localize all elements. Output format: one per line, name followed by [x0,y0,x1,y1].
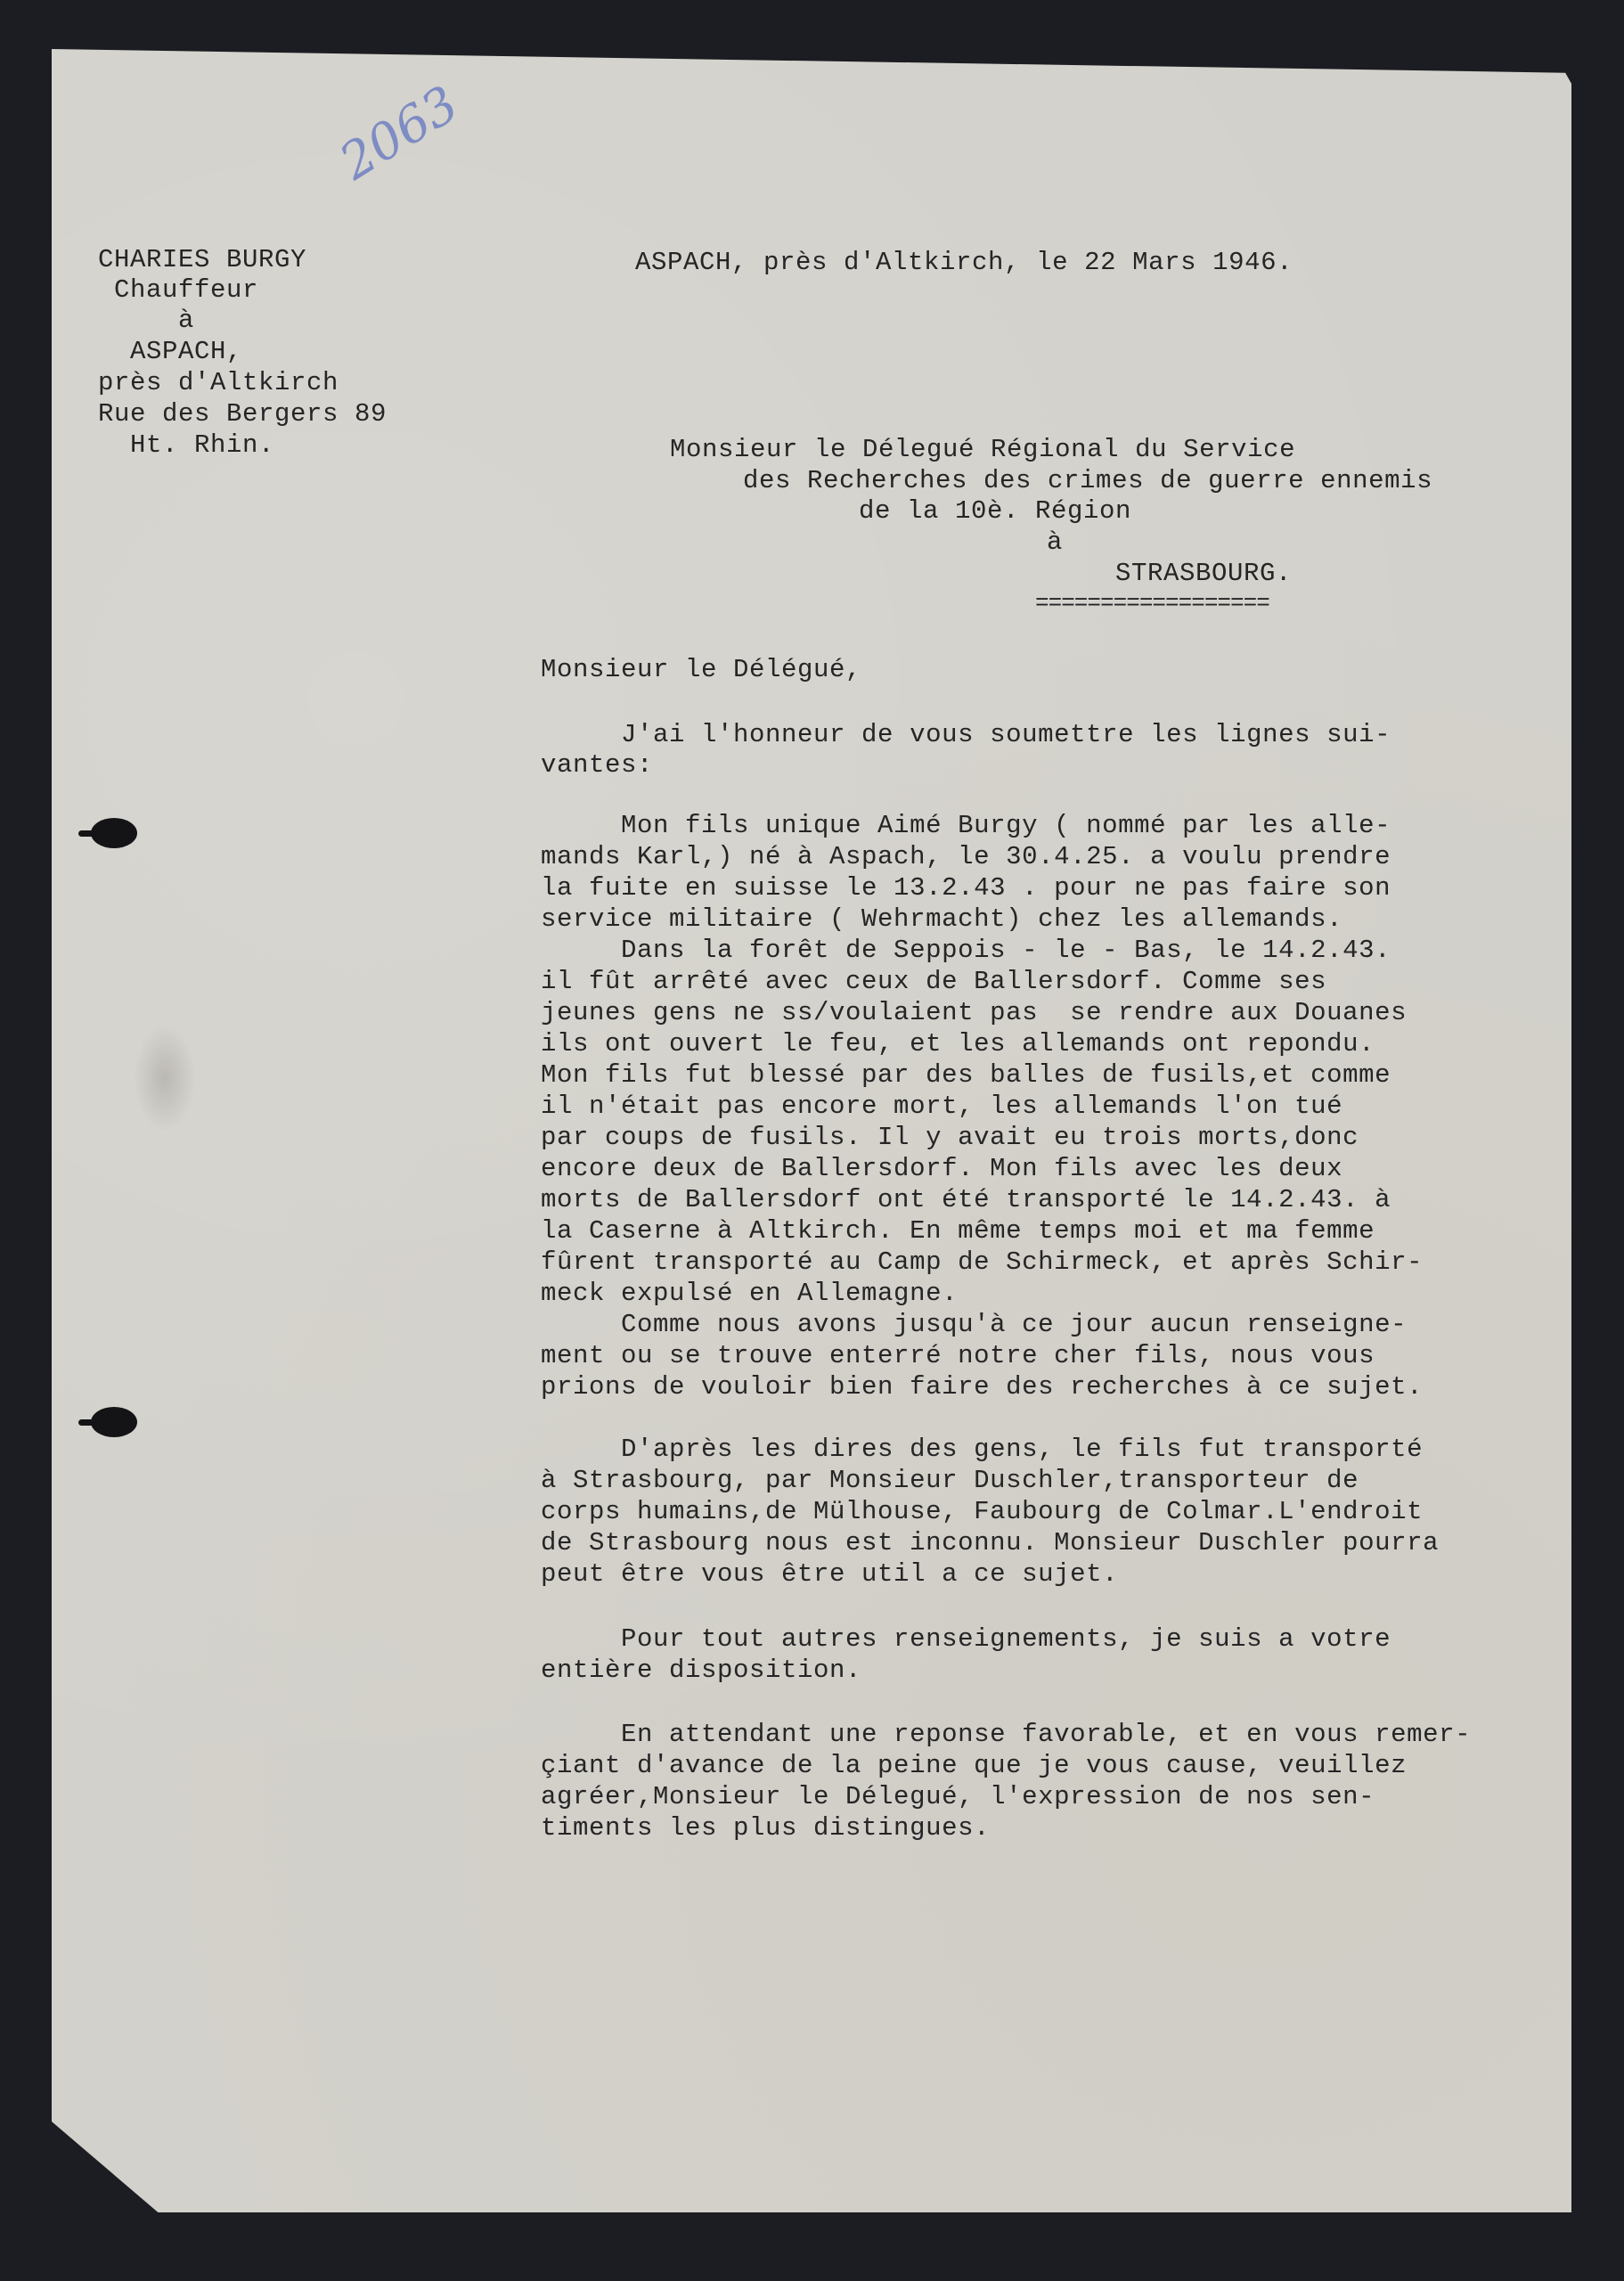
body-line: ment ou se trouve enterré notre cher fil… [541,1341,1375,1371]
recipient-line: des Recherches des crimes de guerre enne… [743,466,1432,496]
body-line: entière disposition. [541,1656,861,1686]
sender-line: Rue des Bergers 89 [98,399,387,429]
body-line: Mon fils unique Aimé Burgy ( nommé par l… [541,811,1391,841]
sender-line: à [98,306,194,336]
sender-line: près d'Altkirch [98,368,339,398]
body-line: çiant d'avance de la peine que je vous c… [541,1751,1407,1781]
body-line: D'après les dires des gens, le fils fut … [541,1435,1423,1465]
body-line: il n'était pas encore mort, les allemand… [541,1091,1342,1122]
salutation: Monsieur le Délégué, [541,655,861,685]
body-line: vantes: [541,750,653,781]
body-line: timents les plus distingues. [541,1813,990,1844]
body-line: service militaire ( Wehrmacht) chez les … [541,904,1342,935]
body-line: J'ai l'honneur de vous soumettre les lig… [541,720,1391,750]
body-line: meck expulsé en Allemagne. [541,1279,958,1309]
body-line: fûrent transporté au Camp de Schirmeck, … [541,1247,1423,1278]
body-line: prions de vouloir bien faire des recherc… [541,1372,1423,1402]
body-line: morts de Ballersdorf ont été transporté … [541,1185,1391,1215]
body-line: Pour tout autres renseignements, je suis… [541,1624,1391,1655]
recipient-line: STRASBOURG. [1115,559,1292,589]
body-line: par coups de fusils. Il y avait eu trois… [541,1123,1359,1153]
body-line: la Caserne à Altkirch. En même temps moi… [541,1216,1375,1247]
sender-line: Ht. Rhin. [98,430,274,461]
recipient-line: à [1047,527,1063,558]
recipient-line: de la 10è. Région [859,496,1131,527]
body-line: peut être vous être util a ce sujet. [541,1559,1118,1590]
punch-hole-top [91,818,137,848]
recipient-underline: ================== [1035,588,1269,618]
dateline: ASPACH, près d'Altkirch, le 22 Mars 1946… [635,248,1293,278]
punch-hole-bottom [91,1407,137,1437]
body-line: mands Karl,) né à Aspach, le 30.4.25. a … [541,842,1391,872]
body-line: jeunes gens ne ss/voulaient pas se rendr… [541,998,1407,1028]
body-line: agréer,Monsieur le Délegué, l'expression… [541,1782,1375,1812]
stain [134,1025,196,1132]
body-line: Mon fils fut blessé par des balles de fu… [541,1060,1391,1091]
body-line: ils ont ouvert le feu, et les allemands … [541,1029,1375,1059]
sender-line: ASPACH, [98,337,242,367]
sender-line: CHARIES BURGY [98,245,306,275]
body-line: encore deux de Ballersdorf. Mon fils ave… [541,1154,1342,1184]
body-line: Comme nous avons jusqu'à ce jour aucun r… [541,1310,1407,1340]
body-line: de Strasbourg nous est inconnu. Monsieur… [541,1528,1439,1558]
body-line: il fût arrêté avec ceux de Ballersdorf. … [541,967,1326,997]
body-line: En attendant une reponse favorable, et e… [541,1720,1471,1750]
recipient-line: Monsieur le Délegué Régional du Service [670,435,1295,465]
body-line: Dans la forêt de Seppois - le - Bas, le … [541,936,1391,966]
body-line: à Strasbourg, par Monsieur Duschler,tran… [541,1466,1359,1496]
body-line: la fuite en suisse le 13.2.43 . pour ne … [541,873,1391,903]
body-line: corps humains,de Mülhouse, Faubourg de C… [541,1497,1423,1527]
sender-line: Chauffeur [98,275,258,306]
